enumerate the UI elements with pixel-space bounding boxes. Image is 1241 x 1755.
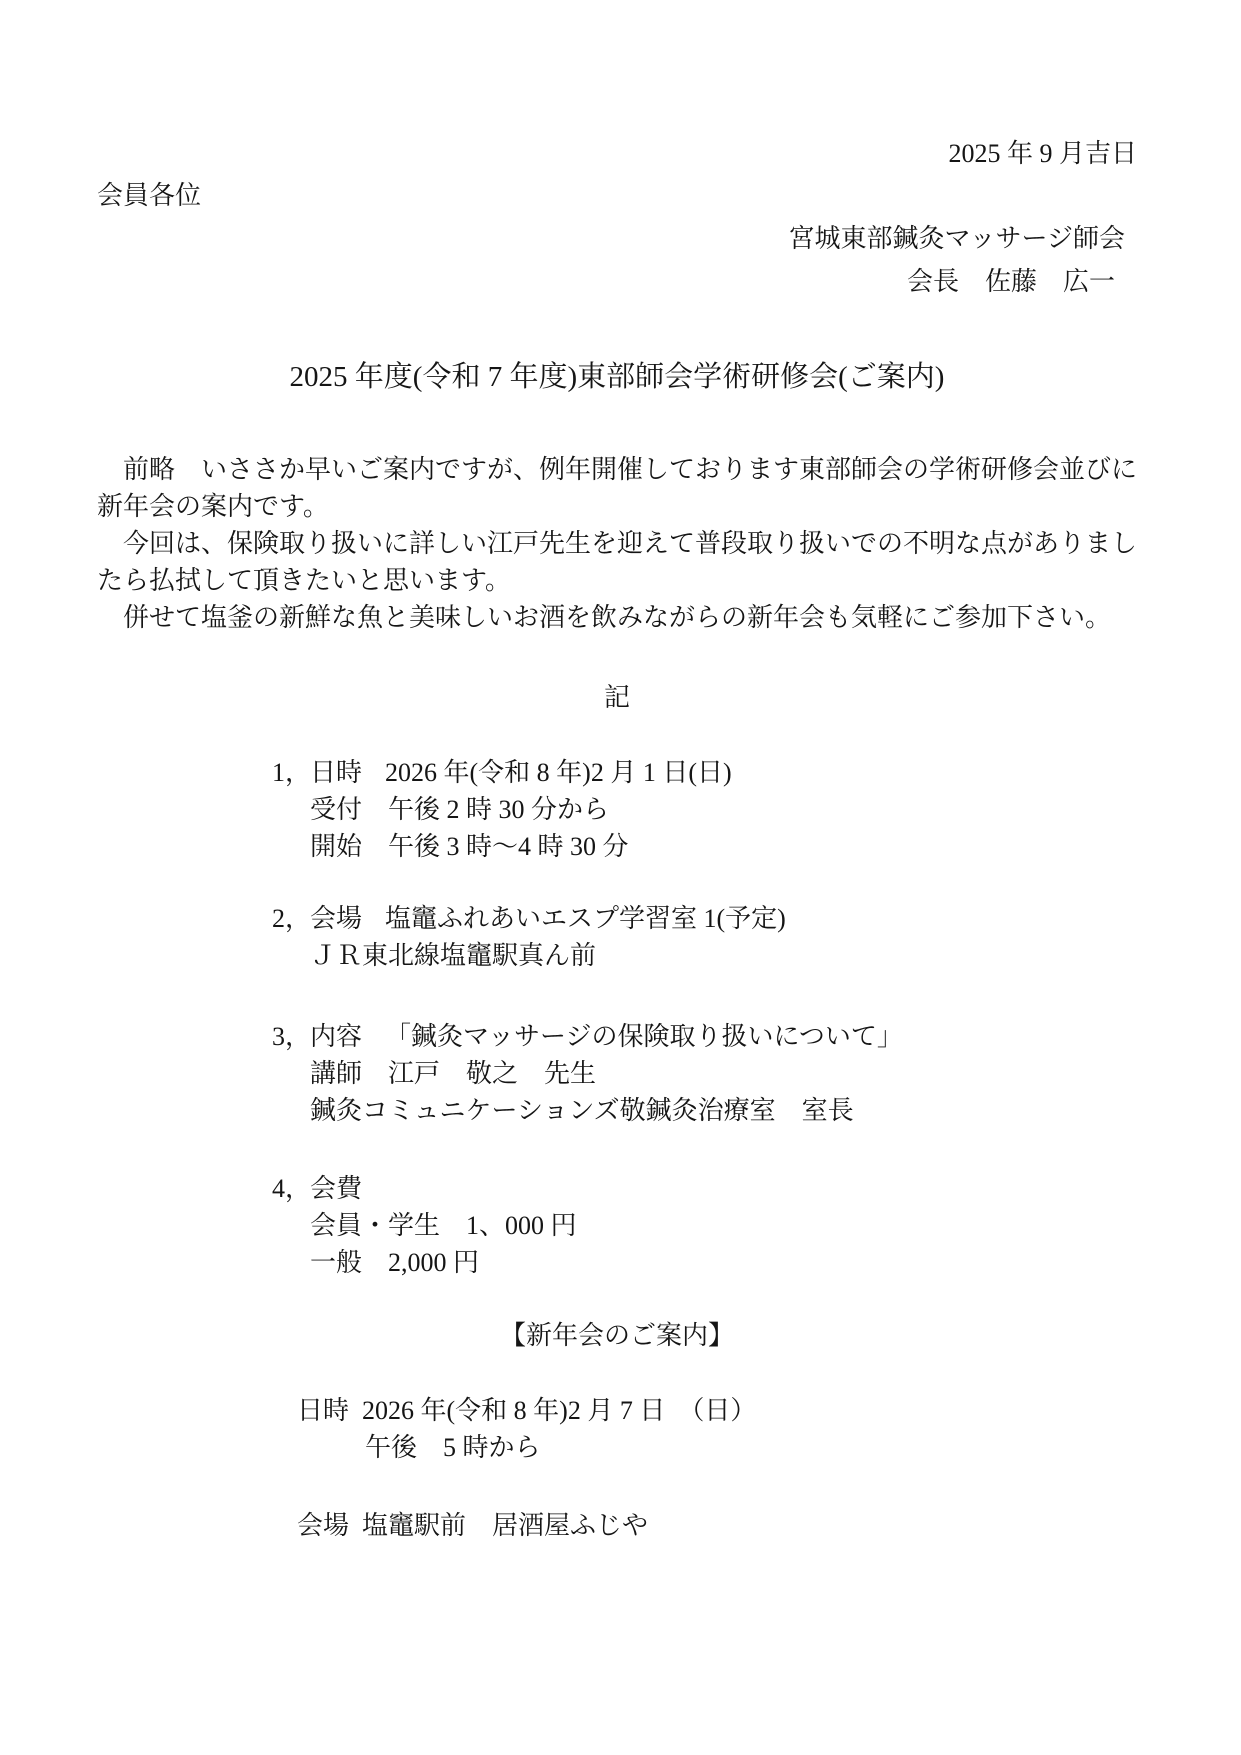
item-label: 日時 (310, 754, 385, 791)
party-label: 日時 (297, 1392, 362, 1429)
item-number: 1， (272, 754, 310, 791)
party-label: 会場 (297, 1507, 362, 1544)
paragraph-lecturer: 今回は、保険取り扱いに詳しい江戸先生を迎えて普段取り扱いでの不明な点がありました… (97, 525, 1137, 599)
item-label: 会場 (310, 900, 385, 937)
item-number: 3， (272, 1018, 310, 1055)
item-subline-general-fee: 一般 2,000 円 (310, 1244, 1137, 1281)
item-content: 3，内容「鍼灸マッサージの保険取り扱いについて」 講師 江戸 敬之 先生 鍼灸コ… (97, 1018, 1137, 1129)
recipient-line: 会員各位 (97, 177, 1137, 214)
paragraph-intro: 前略 いささか早いご案内ですが、例年開催しております東部師会の学術研修会並びに新… (97, 451, 1137, 525)
party-subline-time: 午後 5 時から (365, 1429, 1137, 1466)
item-row: 1，日時2026 年(令和 8 年)2 月 1 日(日) (272, 754, 1137, 791)
party-row: 日時2026 年(令和 8 年)2 月 7 日 （日） (297, 1392, 1137, 1429)
item-subline-reception: 受付 午後 2 時 30 分から (310, 791, 1137, 828)
item-datetime: 1，日時2026 年(令和 8 年)2 月 1 日(日) 受付 午後 2 時 3… (97, 754, 1137, 865)
party-heading: 【新年会のご案内】 (97, 1317, 1137, 1354)
organization-name: 宮城東部鍼灸マッサージ師会 (97, 220, 1137, 257)
item-value: 「鍼灸マッサージの保険取り扱いについて」 (385, 1022, 903, 1051)
party-venue: 会場塩竈駅前 居酒屋ふじや (97, 1507, 1137, 1544)
party-row: 会場塩竈駅前 居酒屋ふじや (297, 1507, 1137, 1544)
document-date: 2025 年 9 月吉日 (97, 135, 1137, 172)
item-label: 内容 (310, 1018, 385, 1055)
paragraph-party-invite: 併せて塩釜の新鮮な魚と美味しいお酒を飲みながらの新年会も気軽にご参加下さい。 (97, 599, 1137, 636)
item-label: 会費 (310, 1170, 385, 1207)
item-value: 塩竈ふれあいエスプ学習室 1(予定) (385, 904, 786, 933)
item-subline-start: 開始 午後 3 時～4 時 30 分 (310, 828, 1137, 865)
item-subline-lecturer-title: 鍼灸コミュニケーションズ敬鍼灸治療室 室長 (310, 1092, 1137, 1129)
body-paragraphs: 前略 いささか早いご案内ですが、例年開催しております東部師会の学術研修会並びに新… (97, 451, 1137, 636)
item-number: 4， (272, 1170, 310, 1207)
president-name: 会長 佐藤 広一 (97, 263, 1137, 300)
item-row: 3，内容「鍼灸マッサージの保険取り扱いについて」 (272, 1018, 1137, 1055)
record-marker: 記 (97, 679, 1137, 716)
item-number: 2， (272, 900, 310, 937)
item-row: 4，会費 (272, 1170, 1137, 1207)
item-row: 2，会場塩竈ふれあいエスプ学習室 1(予定) (272, 900, 1137, 937)
item-value: 2026 年(令和 8 年)2 月 1 日(日) (385, 758, 732, 787)
item-subline-member-fee: 会員・学生 1、000 円 (310, 1207, 1137, 1244)
party-value: 塩竈駅前 居酒屋ふじや (362, 1511, 648, 1540)
item-venue: 2，会場塩竈ふれあいエスプ学習室 1(予定) ＪＲ東北線塩竈駅真ん前 (97, 900, 1137, 974)
item-subline-access: ＪＲ東北線塩竈駅真ん前 (310, 937, 1137, 974)
item-subline-lecturer: 講師 江戸 敬之 先生 (310, 1055, 1137, 1092)
party-datetime: 日時2026 年(令和 8 年)2 月 7 日 （日） 午後 5 時から (97, 1392, 1137, 1466)
document-page: 2025 年 9 月吉日 会員各位 宮城東部鍼灸マッサージ師会 会長 佐藤 広一… (0, 0, 1241, 1755)
item-fee: 4，会費 会員・学生 1、000 円 一般 2,000 円 (97, 1170, 1137, 1281)
party-value: 2026 年(令和 8 年)2 月 7 日 （日） (362, 1396, 756, 1425)
document-title: 2025 年度(令和 7 年度)東部師会学術研修会(ご案内) (97, 356, 1137, 398)
